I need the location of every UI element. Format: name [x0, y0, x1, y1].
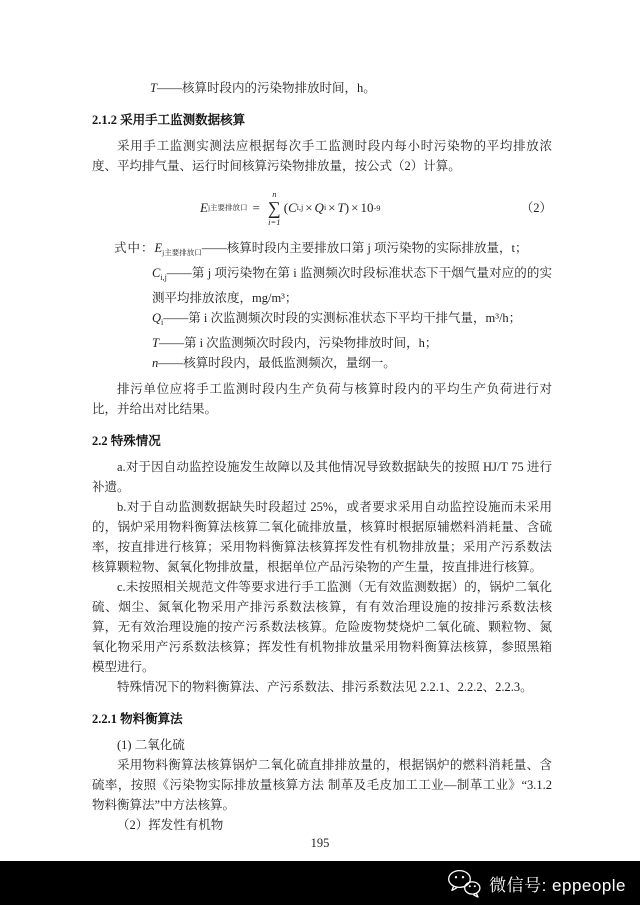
equation-body: Ej主要排放口 = n ∑ i=1 (Ci,j×Qi×T)×10-9	[200, 190, 381, 227]
definition-dash: ——	[158, 356, 183, 370]
heading-2-1-2: 2.1.2 采用手工监测数据核算	[92, 110, 552, 130]
where-label: 式中：	[114, 241, 155, 255]
times-sign: ×	[351, 198, 358, 218]
wechat-id-label: 微信号: eppeople	[489, 871, 626, 896]
variable-definition-Q: Qi——第 i 次监测频次时段的实测标准状态下平均干排气量，m³/h；	[152, 308, 552, 333]
variable-definition-n: n——核算时段内，最低监测频次，量纲一。	[152, 353, 552, 373]
definition-text: 核算时段内主要排放口第 j 项污染物的实际排放量，t；	[227, 241, 528, 255]
where-block: 式中：Ej主要排放口——核算时段内主要排放口第 j 项污染物的实际排放量，t； …	[92, 238, 552, 373]
document-content: T——核算时段内的污染物排放时间，h。 2.1.2 采用手工监测数据核算 采用手…	[0, 0, 640, 832]
variable-definition-C: Ci,j——第 j 项污染物在第 i 监测频次时段标准状态下干烟气量对应的的实测…	[152, 263, 552, 308]
definition-text: 核算时段内的污染物排放时间，h。	[182, 81, 376, 95]
page-number: 195	[0, 836, 640, 851]
variable-symbol: Q	[152, 311, 161, 325]
summation-symbol: n ∑ i=1	[268, 190, 281, 227]
equation-2: Ej主要排放口 = n ∑ i=1 (Ci,j×Qi×T)×10-9 （2）	[92, 186, 552, 230]
definition-dash: ——	[202, 241, 227, 255]
document-page: T——核算时段内的污染物排放时间，h。 2.1.2 采用手工监测数据核算 采用手…	[0, 0, 640, 905]
definition-dash: ——	[157, 81, 182, 95]
definition-dash: ——	[159, 336, 184, 350]
variable-T: T	[338, 198, 345, 218]
equals-sign: =	[253, 198, 260, 218]
item-2-title: （2）挥发性有机物	[92, 815, 552, 832]
definition-text: 第 j 项污染物在第 i 监测频次时段标准状态下干烟气量对应的的实测平均排放浓度…	[152, 266, 552, 305]
paragraph-manual-monitoring: 采用手工监测实测法应根据每次手工监测时段内每小时污染物的平均排放浓度、平均排气量…	[92, 136, 552, 176]
definition-dash: ——	[163, 311, 188, 325]
definition-dash: ——	[167, 266, 192, 280]
close-paren: )	[345, 198, 349, 218]
variable-subscript: j主要排放口	[162, 248, 202, 257]
summation-upper-limit: n	[272, 190, 276, 199]
paragraph-a: a.对于因自动监控设施发生故障以及其他情况导致数据缺失的按照 HJ/T 75 进…	[92, 457, 552, 497]
variable-definition-T: T——第 i 次监测频次时段内，污染物排放时间，h；	[152, 333, 552, 353]
definition-text: 核算时段内，最低监测频次，量纲一。	[183, 356, 396, 370]
times-sign: ×	[328, 198, 335, 218]
equation-number: （2）	[521, 198, 552, 218]
variable-Q: Q	[315, 198, 324, 218]
power-base: 10	[360, 198, 373, 218]
power-exponent: -9	[373, 198, 380, 218]
footer-bar: 微信号: eppeople	[0, 861, 640, 905]
subscript-i: i	[324, 198, 326, 218]
definition-text: 第 i 次监测频次时段内，污染物排放时间，h；	[184, 336, 437, 350]
paragraph-b: b.对于自动监测数据缺失时段超过 25%，或者要求采用自动监控设施而未采用的，锅…	[92, 497, 552, 577]
paragraph-item-1: 采用物料衡算法核算锅炉二氧化硫直排排放量的，根据锅炉的燃料消耗量、含硫率，按照《…	[92, 755, 552, 815]
variable-symbol: E	[155, 241, 163, 255]
sigma-glyph: ∑	[268, 199, 281, 217]
paragraph-c: c.未按照相关规范文件等要求进行手工监测（无有效监测数据）的，锅炉二氧化硫、烟尘…	[92, 577, 552, 677]
times-sign: ×	[305, 198, 312, 218]
variable-definition-E: 式中：Ej主要排放口——核算时段内主要排放口第 j 项污染物的实际排放量，t；	[114, 238, 552, 263]
item-1-title: (1) 二氧化硫	[92, 735, 552, 755]
paragraph-load-comparison: 排污单位应将手工监测时段内生产负荷与核算时段内的平均生产负荷进行对比，并给出对比…	[92, 379, 552, 419]
summation-lower-limit: i=1	[268, 218, 280, 227]
heading-2-2: 2.2 特殊情况	[92, 431, 552, 451]
variable-symbol: T	[152, 336, 159, 350]
wechat-icon	[447, 869, 481, 898]
variable-definition-T-top: T——核算时段内的污染物排放时间，h。	[150, 78, 552, 98]
equation-lhs-base: E	[200, 198, 208, 218]
definition-text: 第 i 次监测频次时段的实测标准状态下平均干排气量，m³/h；	[188, 311, 521, 325]
variable-symbol: T	[150, 81, 157, 95]
equation-lhs-subscript: j主要排放口	[208, 198, 248, 218]
subscript-ij: i,j	[297, 198, 303, 218]
paragraph-special-reference: 特殊情况下的物料衡算法、产污系数法、排污系数法见 2.2.1、2.2.2、2.2…	[92, 677, 552, 697]
heading-2-2-1: 2.2.1 物料衡算法	[92, 709, 552, 729]
variable-C: C	[288, 198, 297, 218]
